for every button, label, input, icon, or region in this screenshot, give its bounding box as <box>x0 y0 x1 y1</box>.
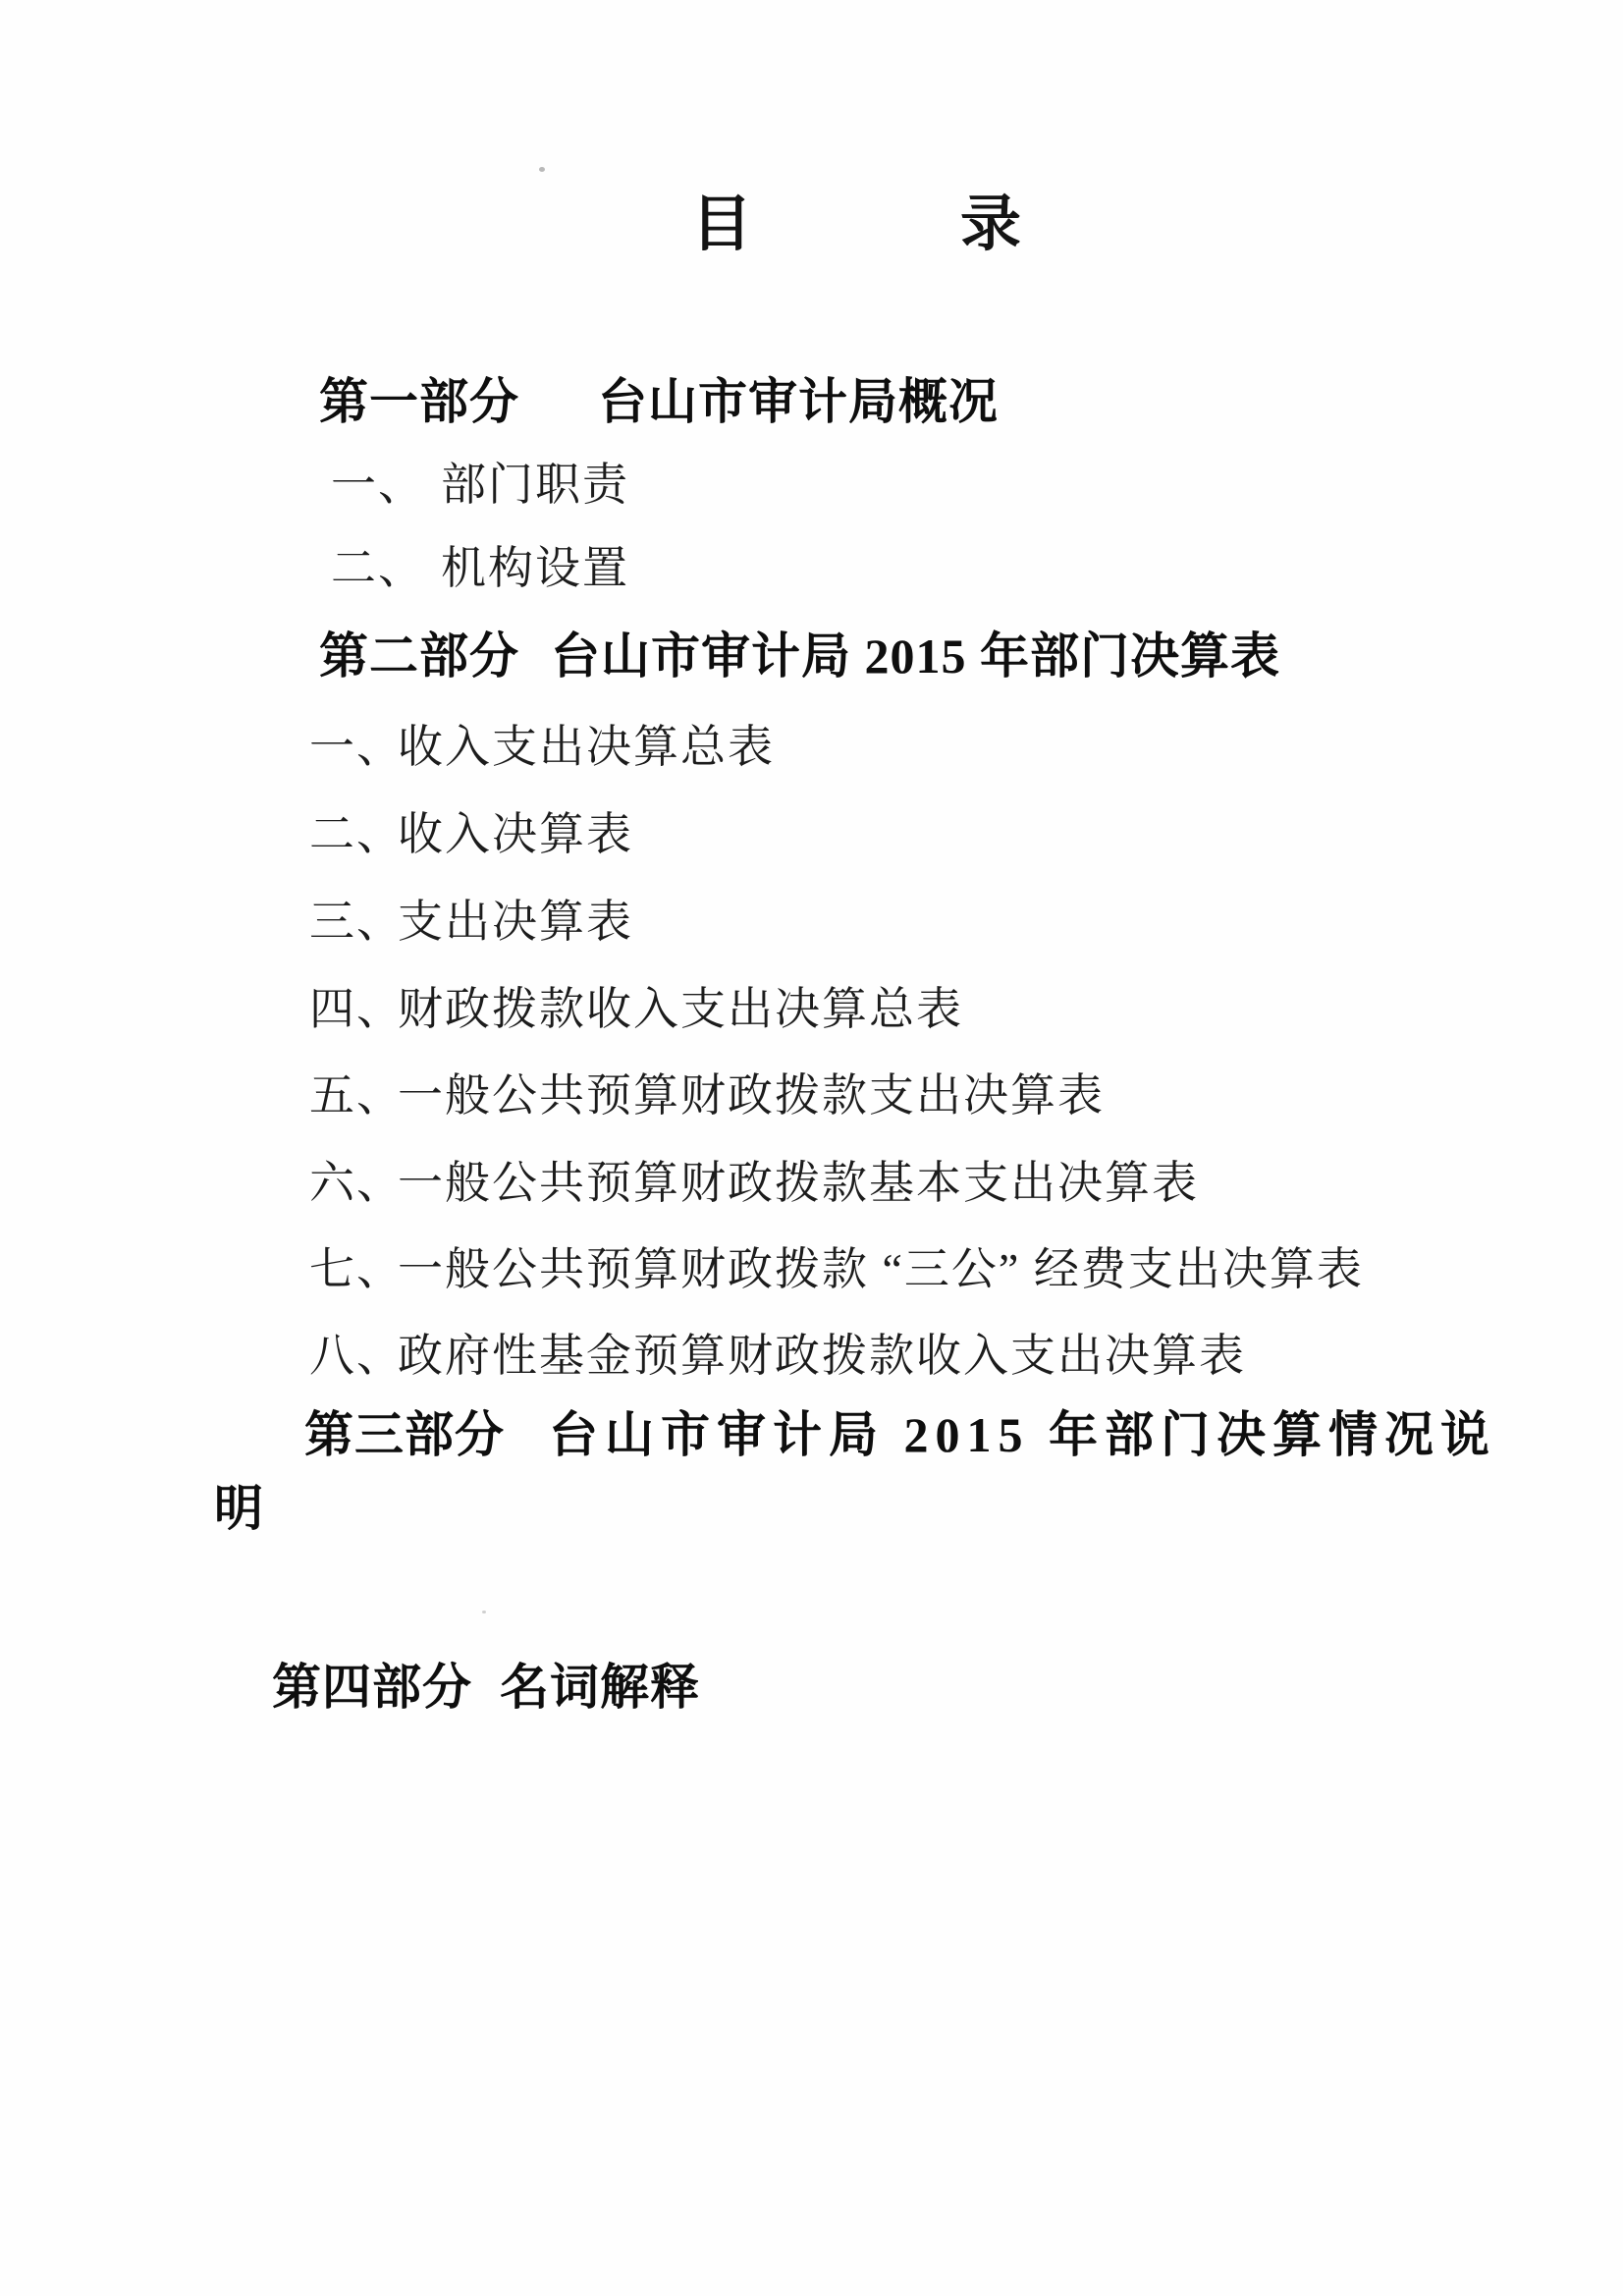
toc-item-part2-5: 五、一般公共预算财政拨款支出决算表 <box>309 1070 1105 1122</box>
part4-title: 名词解释 <box>500 1660 700 1717</box>
item-text: 收入支出决算总表 <box>398 722 775 772</box>
item-number: 二、 <box>309 809 398 861</box>
part3-heading-line1: 第三部分台山市审计局 2015 年部门决算情况说 <box>304 1407 1496 1464</box>
item-number: 五、 <box>309 1070 398 1122</box>
toc-item-part2-1: 一、收入支出决算总表 <box>309 722 775 774</box>
item-number: 一、 <box>331 460 441 512</box>
part1-heading: 第一部分台山市审计局概况 <box>319 374 999 431</box>
part3-heading-line2: 明 <box>214 1481 264 1538</box>
item-text: 政府性基金预算财政拨款收入支出决算表 <box>398 1331 1246 1381</box>
doc-title-char-1: 目 <box>691 191 752 258</box>
part3-label: 第三部分 <box>304 1407 505 1462</box>
toc-item-part2-6: 六、一般公共预算财政拨款基本支出决算表 <box>309 1158 1199 1210</box>
item-number: 七、 <box>309 1244 398 1296</box>
doc-title: 目录 <box>691 194 1021 255</box>
item-text: 部门职责 <box>441 460 629 510</box>
toc-item-part1-1: 一、部门职责 <box>331 460 629 512</box>
part2-title: 台山市审计局 2015 年部门决算表 <box>551 629 1280 685</box>
part1-label: 第一部分 <box>319 374 519 429</box>
item-text: 一般公共预算财政拨款 “三公” 经费支出决算表 <box>398 1244 1364 1294</box>
item-number: 三、 <box>309 897 398 949</box>
toc-item-part2-3: 三、支出决算表 <box>309 897 633 949</box>
toc-item-part2-4: 四、财政拨款收入支出决算总表 <box>309 984 963 1036</box>
item-text: 机构设置 <box>441 543 629 593</box>
part4-label: 第四部分 <box>272 1660 472 1715</box>
toc-item-part2-2: 二、收入决算表 <box>309 809 633 861</box>
toc-item-part2-8: 八、政府性基金预算财政拨款收入支出决算表 <box>309 1331 1246 1383</box>
item-number: 六、 <box>309 1158 398 1210</box>
item-number: 一、 <box>309 722 398 774</box>
item-text: 收入决算表 <box>398 809 633 859</box>
part2-label: 第二部分 <box>319 629 519 683</box>
item-text: 财政拨款收入支出决算总表 <box>398 984 963 1034</box>
toc-item-part2-7: 七、一般公共预算财政拨款 “三公” 经费支出决算表 <box>309 1244 1364 1296</box>
part3-title-line2: 明 <box>214 1481 264 1536</box>
item-number: 四、 <box>309 984 398 1036</box>
item-number: 八、 <box>309 1331 398 1383</box>
item-text: 一般公共预算财政拨款支出决算表 <box>398 1070 1105 1121</box>
part4-heading: 第四部分名词解释 <box>272 1660 700 1717</box>
scan-speck <box>539 167 545 172</box>
scanned-toc-page: 目录 第一部分台山市审计局概况 一、部门职责 二、机构设置 第二部分台山市审计局… <box>0 0 1623 2296</box>
part2-heading: 第二部分台山市审计局 2015 年部门决算表 <box>319 629 1280 685</box>
part3-title-line1: 台山市审计局 2015 年部门决算情况说 <box>549 1407 1496 1464</box>
item-text: 支出决算表 <box>398 897 633 947</box>
scan-speck <box>482 1611 486 1613</box>
part1-title: 台山市审计局概况 <box>598 374 999 431</box>
item-number: 二、 <box>331 543 441 595</box>
toc-item-part1-2: 二、机构设置 <box>331 543 629 595</box>
item-text: 一般公共预算财政拨款基本支出决算表 <box>398 1158 1199 1208</box>
doc-title-char-2: 录 <box>960 191 1021 258</box>
